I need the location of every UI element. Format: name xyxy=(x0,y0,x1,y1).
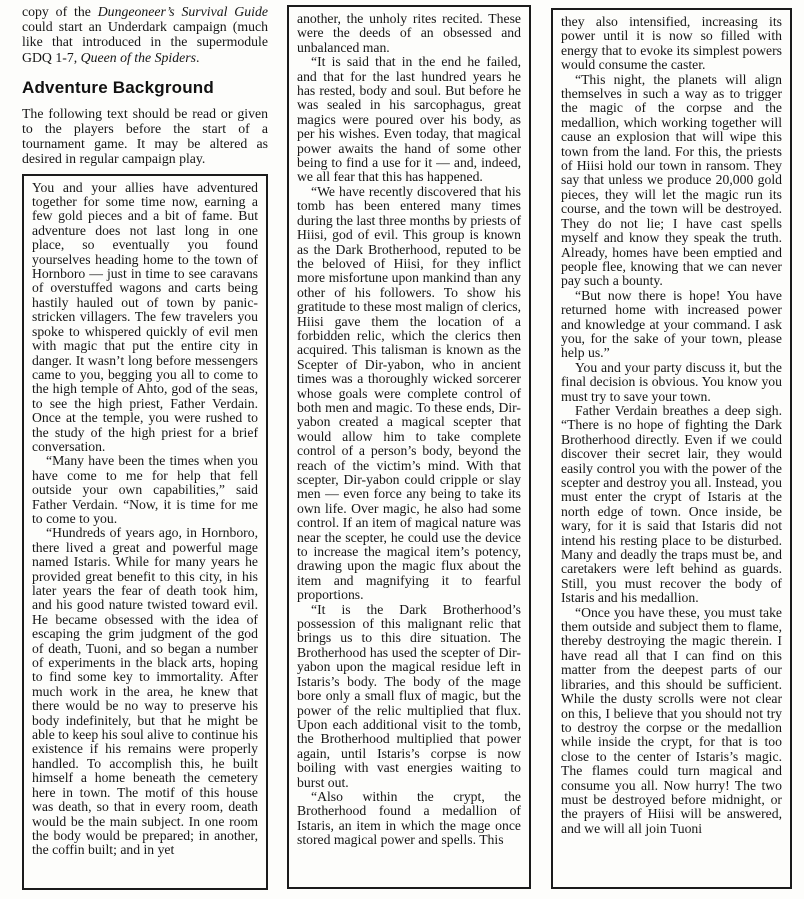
italic-title-text: Dungeoneer’s Survival Guide xyxy=(98,4,268,19)
paragraph: “Many have been the times when you have … xyxy=(32,454,258,526)
paragraph: Father Verdain breathes a deep sigh. “Th… xyxy=(561,404,782,606)
paragraph: You and your party discuss it, but the f… xyxy=(561,361,782,404)
magazine-page: copy of the Dungeoneer’s Survival Guide … xyxy=(0,0,804,899)
paragraph: “Once you have these, you must take them… xyxy=(561,606,782,837)
paragraph: “It is said that in the end he failed, a… xyxy=(297,55,521,185)
column-3: they also intensified, increasing its po… xyxy=(551,8,792,889)
section-heading: Adventure Background xyxy=(22,78,268,98)
italic-title-text: Queen of the Spiders xyxy=(81,50,196,65)
paragraph: “It is the Dark Brotherhood’s possession… xyxy=(297,603,521,790)
plain-text: . xyxy=(196,50,199,65)
readaloud-box-column1: You and your allies have adventured toge… xyxy=(22,174,268,890)
paragraph: You and your allies have adventured toge… xyxy=(32,181,258,455)
column-2: another, the unholy rites recited. These… xyxy=(287,5,531,889)
paragraph: another, the unholy rites recited. These… xyxy=(297,12,521,55)
paragraph: “Hundreds of years ago, in Hornboro, the… xyxy=(32,526,258,857)
readaloud-box-column3: they also intensified, increasing its po… xyxy=(551,8,792,889)
intro-paragraph: copy of the Dungeoneer’s Survival Guide … xyxy=(22,4,268,65)
paragraph: “We have recently discovered that his to… xyxy=(297,185,521,603)
paragraph: they also intensified, increasing its po… xyxy=(561,15,782,73)
column-1: copy of the Dungeoneer’s Survival Guide … xyxy=(22,4,268,890)
paragraph: “This night, the planets will align them… xyxy=(561,73,782,289)
plain-text: copy of the xyxy=(22,4,98,19)
readaloud-box-column2: another, the unholy rites recited. These… xyxy=(287,5,531,889)
paragraph: “Also within the crypt, the Brotherhood … xyxy=(297,790,521,848)
paragraph: “But now there is hope! You have returne… xyxy=(561,289,782,361)
lead-paragraph: The following text should be read or giv… xyxy=(22,106,268,167)
